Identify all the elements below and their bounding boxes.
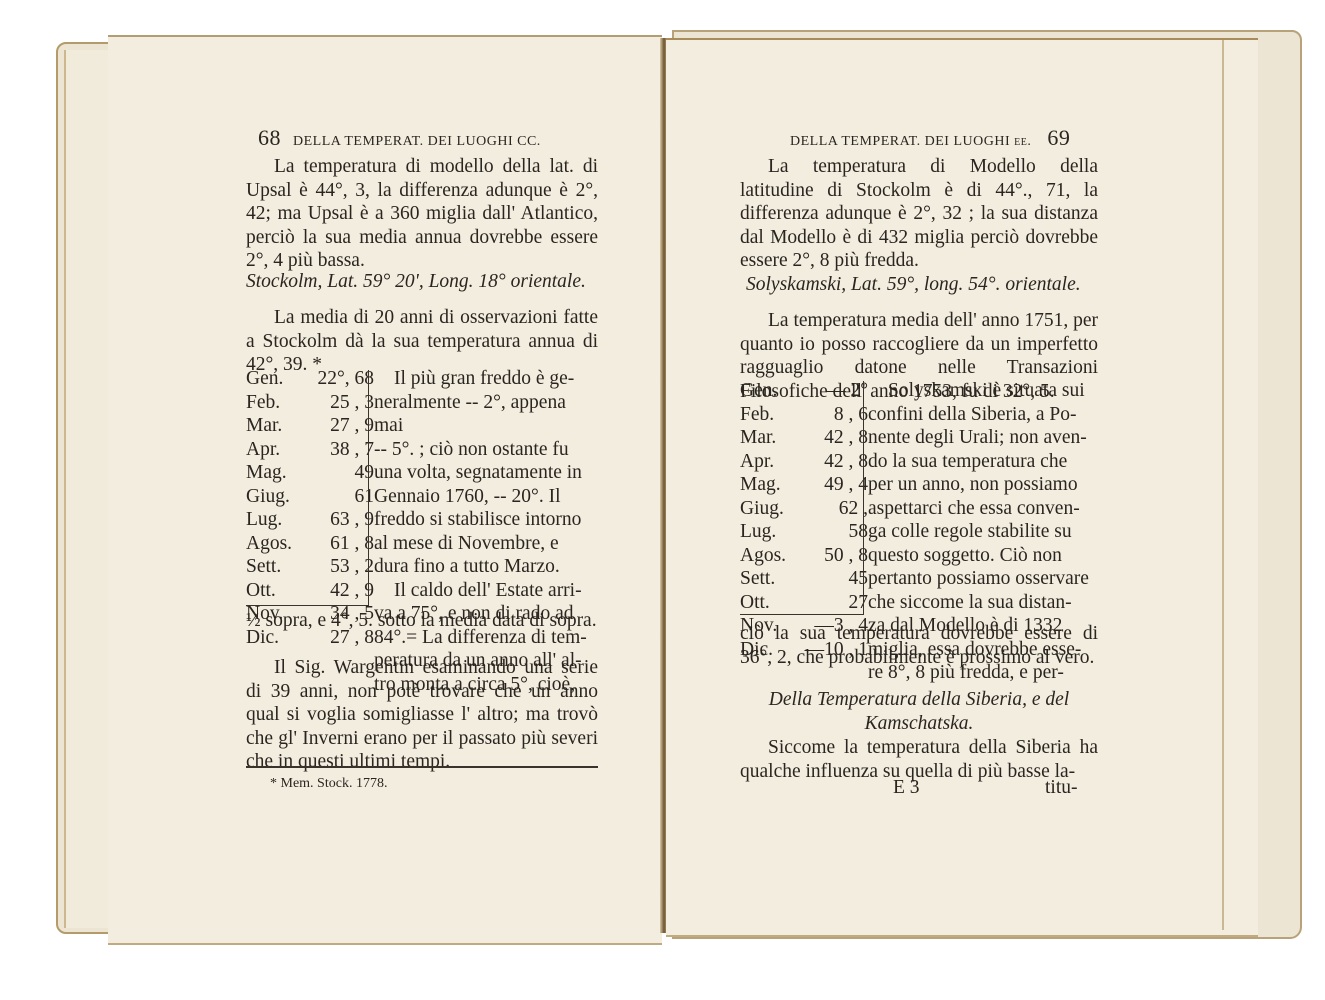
right-para-3: ciò la sua temperatura dovrebbe essere d… — [740, 622, 1098, 669]
table-row: Ott.42 , 9 — [246, 579, 380, 603]
catchword: titu- — [1045, 776, 1078, 800]
table-divider-horizontal — [740, 614, 863, 615]
table-row: Giug.62 , — [740, 497, 874, 521]
table-row: Gen.22°, 68 — [246, 367, 380, 391]
table-row: Giug.61 — [246, 485, 380, 509]
right-page-edge — [1222, 40, 1224, 930]
left-side-text: Il più gran freddo è ge- neralmente -- 2… — [374, 367, 598, 696]
stockolm-monthly-table: Gen.22°, 68 Feb.25 , 3 Mar.27 , 9 Apr.38… — [246, 367, 380, 649]
table-row: Mag.49 , 4 — [740, 473, 874, 497]
left-section-heading: Stockolm, Lat. 59° 20', Long. 18° orient… — [246, 270, 598, 294]
open-book: 68 DELLA TEMPERAT. DEI LUOGHI CC. La tem… — [0, 0, 1325, 1000]
table-row: Agos.50 , 8 — [740, 544, 874, 568]
table-row: Feb.8 , 6 — [740, 403, 874, 427]
right-para-1: La temperatura di Modello della latitudi… — [740, 155, 1098, 273]
table-row: Apr.42 , 8 — [740, 450, 874, 474]
table-row: Gen.— 2° — [740, 379, 874, 403]
table-row: Sett.45 — [740, 567, 874, 591]
left-para-4: Il Sig. Wargentin esaminando una serie d… — [246, 656, 598, 774]
table-row: Lug.58 — [740, 520, 874, 544]
footnote: * Mem. Stock. 1778. — [270, 776, 387, 792]
right-section-heading-2: Della Temperatura della Siberia, e del K… — [740, 688, 1098, 735]
signature-mark: E 3 — [893, 776, 920, 800]
right-running-head: DELLA TEMPERAT. DEI LUOGHI ee. 69 — [790, 125, 1070, 151]
table-row: Agos.61 , 8 — [246, 532, 380, 556]
solyskamski-monthly-table: Gen.— 2° Feb.8 , 6 Mar.42 , 8 Apr.42 , 8… — [740, 379, 874, 661]
left-para-1: La temperatura di modello della lat. di … — [246, 155, 598, 273]
right-page-number: 69 — [1047, 125, 1070, 150]
table-row: Lug.63 , 9 — [246, 508, 380, 532]
table-row: Mar.27 , 9 — [246, 414, 380, 438]
footnote-rule — [246, 766, 598, 768]
table-row: Apr.38 , 7 — [246, 438, 380, 462]
left-page-number: 68 — [258, 125, 281, 150]
table-divider-vertical — [863, 381, 864, 615]
right-section-heading: Solyskamski, Lat. 59°, long. 54°. orient… — [746, 273, 1098, 297]
left-para-2: La media di 20 anni di osservazioni fatt… — [246, 306, 598, 377]
table-row: Mar.42 , 8 — [740, 426, 874, 450]
table-divider-vertical — [368, 370, 369, 606]
left-para-3: ½ sopra, e 4°, 5. sotto la media data di… — [246, 609, 598, 633]
right-head-title: DELLA TEMPERAT. DEI LUOGHI ee. — [790, 134, 1031, 149]
table-row: Ott.27 — [740, 591, 874, 615]
left-running-head: 68 DELLA TEMPERAT. DEI LUOGHI CC. — [258, 125, 541, 151]
table-divider-horizontal — [246, 605, 368, 606]
left-head-title: DELLA TEMPERAT. DEI LUOGHI CC. — [293, 134, 541, 149]
table-row: Sett.53 , 2 — [246, 555, 380, 579]
table-row: Feb.25 , 3 — [246, 391, 380, 415]
table-row: Mag.49 — [246, 461, 380, 485]
